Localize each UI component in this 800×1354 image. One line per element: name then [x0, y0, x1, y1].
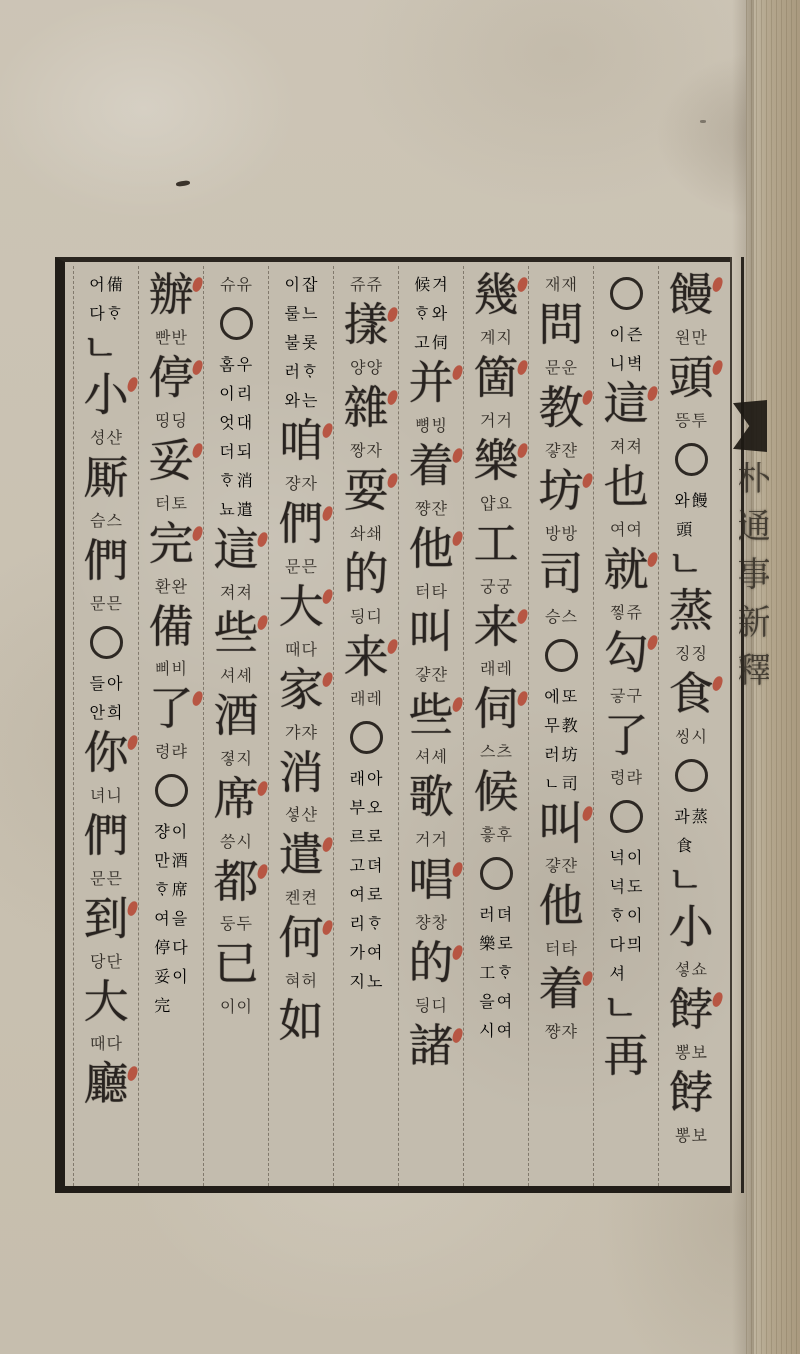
scanned-page: { "document": { "kind_label": "woodblock…	[0, 0, 800, 1354]
red-tone-mark	[191, 359, 203, 376]
annotation-char: 쟝	[154, 819, 169, 842]
annotation-char: 教	[562, 713, 578, 736]
hangul-gloss: 셔셰	[415, 744, 447, 767]
hanzi-頭: 頭	[668, 355, 713, 401]
hangul-gloss: 거거	[415, 827, 447, 850]
gloss-char: 승	[545, 604, 560, 627]
annotation-char: 어	[89, 272, 104, 295]
hangul-gloss: 걓쟌	[415, 662, 447, 685]
hanzi-妥: 妥	[148, 438, 193, 484]
hanzi-唱: 唱	[408, 857, 453, 903]
gloss-char: 쨩	[545, 1019, 560, 1042]
gloss-char: 쟝	[285, 471, 300, 494]
annotation-row: 다ᄒᆞ	[89, 301, 122, 324]
annotation-char: 여	[350, 882, 365, 905]
gloss-char: 쟈	[562, 1019, 577, 1042]
hangul-gloss: 셩샨	[90, 425, 122, 448]
gloss-char: 슴	[90, 508, 105, 531]
annotation-char: 을	[172, 906, 187, 929]
annotation-char: ᄒᆞ	[302, 359, 317, 382]
red-tone-mark	[451, 944, 463, 961]
annotation-row: 停다	[154, 935, 187, 958]
hangul-gloss: 셯쇼	[675, 957, 707, 980]
hanzi-餑: 餑	[668, 1070, 713, 1116]
hangul-gloss: 스츠	[480, 739, 512, 762]
annotation-char: ᄒᆞ	[414, 301, 429, 324]
annotation-char: 饅	[692, 488, 708, 511]
annotation-row: 만酒	[154, 848, 187, 871]
red-tone-mark	[646, 634, 658, 651]
gloss-char: 셰	[237, 663, 252, 686]
gloss-char: 쟌	[562, 438, 577, 461]
gloss-char: 딍	[415, 993, 430, 1016]
annotation-char: 이	[610, 322, 625, 345]
annotation-row: 完	[154, 993, 187, 1016]
annotation-char: 여	[154, 906, 169, 929]
gloss-char: 지	[497, 325, 512, 348]
hangul-gloss: 때다	[285, 637, 317, 660]
gloss-char: 재	[545, 272, 560, 295]
annotation-row: 불롯	[285, 330, 318, 353]
red-tone-mark	[451, 530, 463, 547]
red-tone-mark	[256, 614, 268, 631]
annotation-char: 蒸	[692, 804, 708, 827]
gloss-char: 문	[90, 591, 105, 614]
gloss-char: 여	[627, 517, 642, 540]
hanzi-勾: 勾	[603, 630, 648, 676]
annotation-char: 다	[172, 935, 187, 958]
gloss-char: 다	[302, 637, 317, 660]
hanzi-司: 司	[538, 551, 583, 597]
annotation-row: ㄴ司	[544, 771, 577, 794]
annotation-row: 리ᄒᆞ	[350, 911, 383, 934]
gloss-char: 원	[675, 325, 690, 348]
hanzi-候: 候	[473, 769, 518, 815]
annotation-char: 完	[154, 993, 170, 1016]
gloss-char: 징	[692, 641, 707, 664]
gloss-char: 문	[90, 866, 105, 889]
annotation-char: 들	[90, 671, 105, 694]
annotation-char: 頭	[676, 517, 692, 540]
hanzi-遣: 遣	[278, 832, 323, 878]
annotation-row: 엇대	[219, 410, 252, 433]
spine-title-char: 釋	[739, 654, 769, 688]
annotation-row: ᄒᆞ席	[154, 877, 187, 900]
annotation-row: 이잡	[285, 272, 318, 295]
gloss-char: 타	[432, 579, 447, 602]
hangul-gloss: 때다	[90, 1031, 122, 1054]
annotation-char: 우	[237, 352, 252, 375]
gloss-char: 솨	[350, 521, 365, 544]
annotation-row: 여을	[154, 906, 187, 929]
annotation-row: 이리	[219, 381, 252, 404]
section-circle	[90, 626, 123, 659]
annotation-row: 고伺	[414, 330, 447, 353]
red-tone-mark	[321, 919, 333, 936]
gloss-char: 쟌	[432, 662, 447, 685]
red-tone-mark	[321, 505, 333, 522]
annotation-char: 酒	[172, 848, 188, 871]
annotation-row: 妥이	[154, 964, 187, 987]
red-tone-mark	[516, 691, 528, 708]
gloss-char: 슈	[220, 272, 235, 295]
gloss-char: 두	[237, 911, 252, 934]
gloss-char: 자	[302, 471, 317, 494]
hanzi-箇: 箇	[473, 355, 518, 401]
hangul-gloss: 궁궁	[480, 574, 512, 597]
hanzi-家: 家	[278, 667, 323, 713]
red-tone-mark	[646, 551, 658, 568]
red-tone-mark	[321, 837, 333, 854]
gloss-char: 딍	[350, 604, 365, 627]
gloss-char: 쥬	[367, 272, 382, 295]
hanzi-們: 們	[83, 538, 128, 584]
hanzi-消: 消	[278, 750, 323, 796]
gloss-char: 요	[497, 491, 512, 514]
gloss-char: 디	[432, 993, 447, 1016]
hangul-gloss: 딍디	[415, 993, 447, 1016]
annotation-row: 들아	[90, 671, 123, 694]
annotation-char: 이	[627, 845, 642, 868]
annotation-char: 시	[479, 1018, 494, 1041]
gloss-char: 이	[237, 994, 252, 1017]
gloss-char: 뜽	[675, 408, 690, 431]
hanzi-叫: 叫	[538, 801, 583, 847]
gloss-char: 지	[237, 746, 252, 769]
gloss-char: 켠	[302, 885, 317, 908]
small-annotation-block: 들아안희	[90, 671, 123, 723]
red-tone-mark	[581, 805, 593, 822]
gloss-char: 챵	[415, 910, 430, 933]
section-circle	[480, 857, 513, 890]
gloss-char: 양	[367, 355, 382, 378]
annotation-row: 래아	[350, 766, 383, 789]
annotation-row: 러坊	[544, 742, 577, 765]
annotation-row: 食	[674, 833, 707, 856]
annotation-row: 지노	[350, 969, 383, 992]
annotation-char: 席	[172, 877, 188, 900]
annotation-char: 도	[627, 874, 642, 897]
annotation-char: 믜	[627, 932, 642, 955]
annotation-row: ᄒᆞ消	[219, 468, 252, 491]
small-annotation-block: 쟝이만酒ᄒᆞ席여을停다妥이完	[154, 819, 187, 1016]
gloss-char: 셯	[675, 957, 690, 980]
hangul-gloss: 찧쥬	[610, 600, 642, 623]
annotation-char: 뇨	[219, 497, 234, 520]
gloss-char: 셔	[415, 744, 430, 767]
gloss-char: 혀	[285, 968, 300, 991]
gloss-char: 셯	[285, 802, 300, 825]
gloss-char: 져	[220, 580, 235, 603]
gloss-char: 믄	[107, 866, 122, 889]
gloss-char: 둥	[220, 911, 235, 934]
hanzi-蒸: 蒸	[668, 588, 713, 634]
annotation-char: 넉	[610, 845, 625, 868]
annotation-char: 되	[237, 439, 252, 462]
gloss-char: 거	[415, 827, 430, 850]
red-tone-mark	[256, 531, 268, 548]
hangul-gloss: 계지	[480, 325, 512, 348]
gloss-char: 디	[367, 604, 382, 627]
annotation-char: 에	[544, 684, 559, 707]
hanzi-来: 来	[473, 604, 518, 650]
red-tone-mark	[581, 389, 593, 406]
section-circle	[350, 721, 383, 754]
gloss-char: 계	[480, 325, 495, 348]
red-tone-mark	[516, 276, 528, 293]
frame-right-inner-rule	[730, 257, 732, 1193]
annotation-char: 이	[627, 903, 642, 926]
hanzi-饅: 饅	[668, 272, 713, 318]
gloss-char: 보	[692, 1123, 707, 1146]
hanzi-的: 的	[343, 551, 388, 597]
annotation-char: 와	[285, 388, 300, 411]
spine-title-char: 通	[739, 510, 769, 544]
annotation-row: 룰느	[285, 301, 318, 324]
hangul-gloss: 쨩쟈	[545, 1019, 577, 1042]
hangul-gloss: 환완	[155, 574, 187, 597]
hangul-gloss: 문믄	[90, 591, 122, 614]
gloss-char: 레	[497, 656, 512, 679]
spine-title-char: 新	[739, 606, 769, 640]
hangul-gloss: 짱자	[350, 438, 382, 461]
nun-particle: ㄴ	[667, 547, 704, 581]
gloss-char: 시	[692, 724, 707, 747]
red-tone-mark	[386, 306, 398, 323]
annotation-char: 고	[414, 330, 429, 353]
red-tone-mark	[386, 472, 398, 489]
hangul-gloss: 쟝자	[285, 471, 317, 494]
gloss-char: 걓	[415, 662, 430, 685]
hangul-gloss: 흫후	[480, 822, 512, 845]
annotation-char: 로	[497, 931, 512, 954]
hanzi-些: 些	[213, 610, 258, 656]
gloss-char: 띵	[155, 408, 170, 431]
red-tone-mark	[191, 276, 203, 293]
column-6: 쥬쥬㨾양양雜짱자耍솨쇄的딍디来래레래아부오르로고뎌여로리ᄒᆞ가여지노	[333, 266, 398, 1186]
hanzi-席: 席	[213, 776, 258, 822]
gloss-char: 녀	[90, 783, 105, 806]
hanzi-小: 小	[83, 372, 128, 418]
annotation-char: 을	[479, 989, 494, 1012]
gloss-char: 쨩	[415, 496, 430, 519]
annotation-row: 넉이	[610, 845, 643, 868]
small-annotation-block: 넉이넉도ᄒᆞ이다믜셔	[610, 845, 643, 984]
annotation-row: ᄒᆞ와	[414, 301, 447, 324]
annotation-char: 홈	[219, 352, 234, 375]
gloss-char: 재	[562, 272, 577, 295]
annotation-row: 어備	[89, 272, 122, 295]
hangul-gloss: 뜽투	[675, 408, 707, 431]
hanzi-坊: 坊	[538, 468, 583, 514]
hangul-gloss: 둥두	[220, 911, 252, 934]
red-tone-mark	[516, 608, 528, 625]
annotation-char: 롯	[302, 330, 317, 353]
column-4: 幾계지箇거거樂얍요工궁궁来래레伺스츠候흫후러뎌樂로工ᄒᆞ을여시여	[463, 266, 528, 1186]
hanzi-伺: 伺	[473, 686, 518, 732]
red-tone-mark	[516, 442, 528, 459]
red-tone-mark	[256, 863, 268, 880]
gloss-char: 비	[172, 656, 187, 679]
nun-particle: ㄴ	[667, 863, 704, 897]
gloss-char: 래	[480, 656, 495, 679]
annotation-char: 러	[544, 742, 559, 765]
hanzi-食: 食	[668, 671, 713, 717]
gloss-char: 졓	[220, 746, 235, 769]
annotation-row: 여로	[350, 882, 383, 905]
annotation-row: 와는	[285, 388, 318, 411]
annotation-char: 느	[302, 301, 317, 324]
annotation-row: 부오	[350, 795, 383, 818]
gloss-char: 씽	[675, 724, 690, 747]
annotation-char: 伺	[432, 330, 448, 353]
gloss-char: 때	[90, 1031, 105, 1054]
hanzi-雜: 雜	[343, 385, 388, 431]
gloss-char: 져	[610, 434, 625, 457]
hangul-gloss: 켼켠	[285, 885, 317, 908]
ink-speck	[176, 180, 191, 187]
small-annotation-block: 이잡룰느불롯러ᄒᆞ와는	[285, 272, 318, 411]
annotation-row: 더되	[219, 439, 252, 462]
annotation-row: 넉도	[610, 874, 643, 897]
gloss-char: 뽕	[675, 1123, 690, 1146]
red-tone-mark	[191, 691, 203, 708]
annotation-char: 지	[350, 969, 365, 992]
carried-gloss: 재재	[545, 272, 577, 295]
hangul-gloss: 징징	[675, 641, 707, 664]
annotation-char: 엇	[219, 410, 234, 433]
annotation-char: 불	[285, 330, 300, 353]
hanzi-這: 這	[603, 381, 648, 427]
annotation-char: 이	[172, 964, 187, 987]
column-1: 饅원만頭뜽투와饅頭ㄴ蒸징징食씽시과蒸食ㄴ小셯쇼餑뽕보餑뽕보	[658, 266, 723, 1186]
gloss-char: 환	[155, 574, 170, 597]
hanzi-耍: 耍	[343, 468, 388, 514]
gloss-char: 삐	[155, 656, 170, 679]
gloss-char: 타	[562, 936, 577, 959]
spine-title-char: 事	[739, 558, 769, 592]
red-tone-mark	[126, 376, 138, 393]
gloss-char: 걓	[545, 438, 560, 461]
gloss-char: 샨	[302, 802, 317, 825]
gloss-char: 레	[367, 686, 382, 709]
annotation-char: 넉	[610, 874, 625, 897]
hangul-gloss: 뽕보	[675, 1040, 707, 1063]
annotation-char: 食	[676, 833, 692, 856]
annotation-char: 룰	[285, 301, 300, 324]
gloss-char: 딩	[172, 408, 187, 431]
annotation-char: 여	[497, 1018, 512, 1041]
annotation-char: 와	[432, 301, 447, 324]
hanzi-你: 你	[83, 730, 128, 776]
annotation-char: 다	[89, 301, 104, 324]
gloss-char: 씅	[220, 829, 235, 852]
hangul-gloss: 문믄	[90, 866, 122, 889]
gloss-char: 래	[350, 686, 365, 709]
section-circle	[675, 759, 708, 792]
column-5: 候겨ᄒᆞ와고伺并뼝빙着쨩쟌他터타叫걓쟌些셔셰歌거거唱챵창的딍디諸	[398, 266, 463, 1186]
hanzi-叫: 叫	[408, 609, 453, 655]
column-3: 재재問문운教걓쟌坊방방司승스에또무教러坊ㄴ司叫걓쟌他터타着쨩쟈	[528, 266, 593, 1186]
hanzi-再: 再	[603, 1033, 648, 1079]
red-tone-mark	[451, 861, 463, 878]
gloss-char: 져	[237, 580, 252, 603]
annotation-char: 坊	[562, 742, 578, 765]
hanzi-着: 着	[538, 966, 583, 1012]
red-tone-mark	[451, 447, 463, 464]
gloss-char: 갸	[285, 720, 300, 743]
gloss-char: 켼	[285, 885, 300, 908]
annotation-char: 候	[414, 272, 430, 295]
gloss-char: 터	[545, 936, 560, 959]
annotation-char: ᄒᆞ	[107, 301, 122, 324]
annotation-char: 로	[367, 824, 382, 847]
hanzi-㨾: 㨾	[343, 302, 388, 348]
frame-right-outer-rule	[741, 257, 744, 1193]
red-tone-mark	[321, 422, 333, 439]
annotation-row: 이즌	[610, 322, 643, 345]
gloss-char: 령	[610, 765, 625, 788]
red-tone-mark	[711, 359, 723, 376]
gloss-char: 거	[497, 408, 512, 431]
hangul-gloss: 씅시	[220, 829, 252, 852]
red-tone-mark	[126, 734, 138, 751]
annotation-char: 가	[350, 940, 365, 963]
gloss-char: 쇼	[692, 957, 707, 980]
red-tone-mark	[386, 389, 398, 406]
hanzi-大: 大	[278, 584, 323, 630]
annotation-row: 니벽	[610, 351, 643, 374]
annotation-char: 오	[367, 795, 382, 818]
annotation-row: 와饅	[674, 488, 707, 511]
hangul-gloss: 방방	[545, 521, 577, 544]
hangul-gloss: 터타	[545, 936, 577, 959]
red-tone-mark	[451, 696, 463, 713]
gloss-char: 창	[432, 910, 447, 933]
red-tone-mark	[711, 675, 723, 692]
gloss-char: 거	[432, 827, 447, 850]
hanzi-了: 了	[148, 686, 193, 732]
hangul-gloss: 뽕보	[675, 1123, 707, 1146]
gloss-char: 져	[627, 434, 642, 457]
hanzi-就: 就	[603, 547, 648, 593]
annotation-char: 러	[479, 902, 494, 925]
ink-speck	[700, 120, 706, 123]
annotation-char: 겨	[432, 272, 447, 295]
hangul-gloss: 얍요	[480, 491, 512, 514]
annotation-char: 니	[610, 351, 625, 374]
annotation-char: 司	[562, 771, 578, 794]
hanzi-也: 也	[603, 464, 648, 510]
gloss-char: 운	[562, 355, 577, 378]
hangul-gloss: 져져	[220, 580, 252, 603]
hangul-gloss: 령랴	[610, 765, 642, 788]
gloss-char: 믄	[107, 591, 122, 614]
hangul-gloss: 졓지	[220, 746, 252, 769]
gloss-char: 거	[480, 408, 495, 431]
hanzi-諸: 諸	[408, 1023, 453, 1069]
annotation-char: 더	[219, 439, 234, 462]
annotation-row: 홈우	[219, 352, 252, 375]
annotation-row: 러뎌	[479, 902, 512, 925]
gloss-char: 반	[172, 325, 187, 348]
column-7: 이잡룰느불롯러ᄒᆞ와는咱쟝자們문믄大때다家갸쟈消셯샨遣켼켠何혀허如	[268, 266, 333, 1186]
annotation-char: ᄒᆞ	[154, 877, 169, 900]
gloss-char: 허	[302, 968, 317, 991]
gloss-char: 샨	[107, 425, 122, 448]
gloss-char: 이	[220, 994, 235, 1017]
annotation-char: ㄴ	[544, 771, 559, 794]
